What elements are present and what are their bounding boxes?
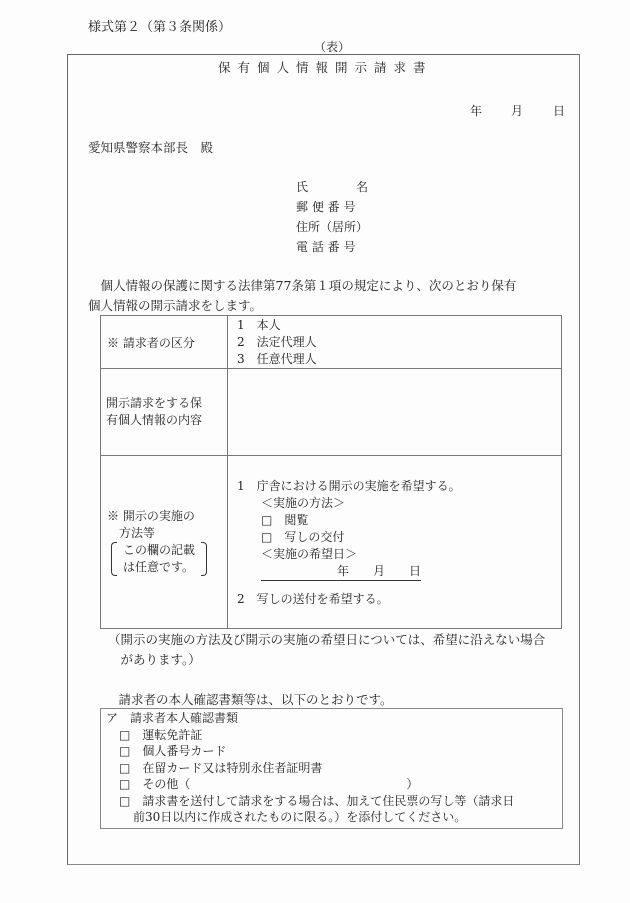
id-drivers-license-checkbox[interactable]: □ 運転免許証 <box>101 727 562 744</box>
addressee: 愛知県警察本部長 殿 <box>88 138 213 156</box>
date-month-label: 月 <box>511 102 523 119</box>
id-other-checkbox[interactable]: □ その他（ ） <box>101 776 562 793</box>
preferred-date-field[interactable]: 年 月 日 <box>261 563 421 581</box>
form-number-label: 様式第２（第３条関係） <box>88 16 231 35</box>
table-row-disclosure-method: ※ 開示の実施の 方法等 この欄の記載 は任意です。 1 庁舎における開示の実施… <box>101 456 562 629</box>
preferred-date-heading: ＜実施の希望日＞ <box>237 546 561 563</box>
disclosure-method-label-line-1: ※ 開示の実施の <box>107 508 227 525</box>
option-onsite-disclosure[interactable]: 1 庁舎における開示の実施を希望する。 <box>237 478 561 495</box>
postal-code-field-label: 郵 便 番 号 <box>296 198 355 215</box>
disclosure-method-label-line-2: 方法等 <box>107 525 227 542</box>
method-heading: ＜実施の方法＞ <box>237 495 561 512</box>
option-self[interactable]: 1 本人 <box>237 317 561 334</box>
method-viewing-checkbox[interactable]: □ 閲覧 <box>237 512 561 529</box>
option-legal-agent[interactable]: 2 法定代理人 <box>237 334 561 351</box>
id-my-number-card-checkbox[interactable]: □ 個人番号カード <box>101 743 562 760</box>
requester-type-label: ※ 請求者の区分 <box>101 316 228 369</box>
table-row-requester-type: ※ 請求者の区分 1 本人 2 法定代理人 3 任意代理人 <box>101 316 562 369</box>
id-documents-box: ア 請求者本人確認書類 □ 運転免許証 □ 個人番号カード □ 在留カード又は特… <box>100 708 563 829</box>
disclaimer-line-1: （開示の実施の方法及び開示の実施の希望日については、希望に沿えない場合 <box>108 630 545 648</box>
id-resident-record-checkbox[interactable]: □ 請求書を送付して請求をする場合は、加えて住民票の写し等（請求日 <box>101 793 562 810</box>
address-field-label: 住所（居所） <box>296 218 368 235</box>
front-side-label: （表） <box>314 38 350 55</box>
id-resident-record-continuation: 前30日以内に作成されたものに限る。）を添付してください。 <box>101 809 562 826</box>
date-year-label: 年 <box>470 102 482 119</box>
name-field-label: 氏 名 <box>296 178 368 195</box>
method-copy-checkbox[interactable]: □ 写しの交付 <box>237 529 561 546</box>
table-row-info-content: 開示請求をする保 有個人情報の内容 <box>101 369 562 456</box>
info-content-input[interactable] <box>228 369 562 456</box>
option-voluntary-agent[interactable]: 3 任意代理人 <box>237 351 561 368</box>
info-content-label-line-1: 開示請求をする保 <box>106 395 227 412</box>
id-residence-card-checkbox[interactable]: □ 在留カード又は特別永住者証明書 <box>101 760 562 777</box>
info-content-label-line-2: 有個人情報の内容 <box>106 412 227 429</box>
form-title: 保有個人情報開示請求書 <box>218 58 433 76</box>
date-day-label: 日 <box>553 102 565 119</box>
intro-line-1: 個人情報の保護に関する法律第77条第１項の規定により、次のとおり保有 <box>88 276 516 294</box>
intro-line-2: 個人情報の開示請求をします。 <box>88 296 262 314</box>
phone-field-label: 電 話 番 号 <box>296 238 355 255</box>
request-table: ※ 請求者の区分 1 本人 2 法定代理人 3 任意代理人 開示請求をする保 有… <box>100 315 562 629</box>
id-documents-intro: 請求者の本人確認書類等は、以下のとおりです。 <box>106 690 393 708</box>
id-documents-heading: ア 請求者本人確認書類 <box>101 710 562 727</box>
disclaimer-line-2: があります。） <box>108 650 201 668</box>
optional-note: この欄の記載 は任意です。 <box>111 542 207 576</box>
option-mail-copy[interactable]: 2 写しの送付を希望する。 <box>237 591 561 608</box>
